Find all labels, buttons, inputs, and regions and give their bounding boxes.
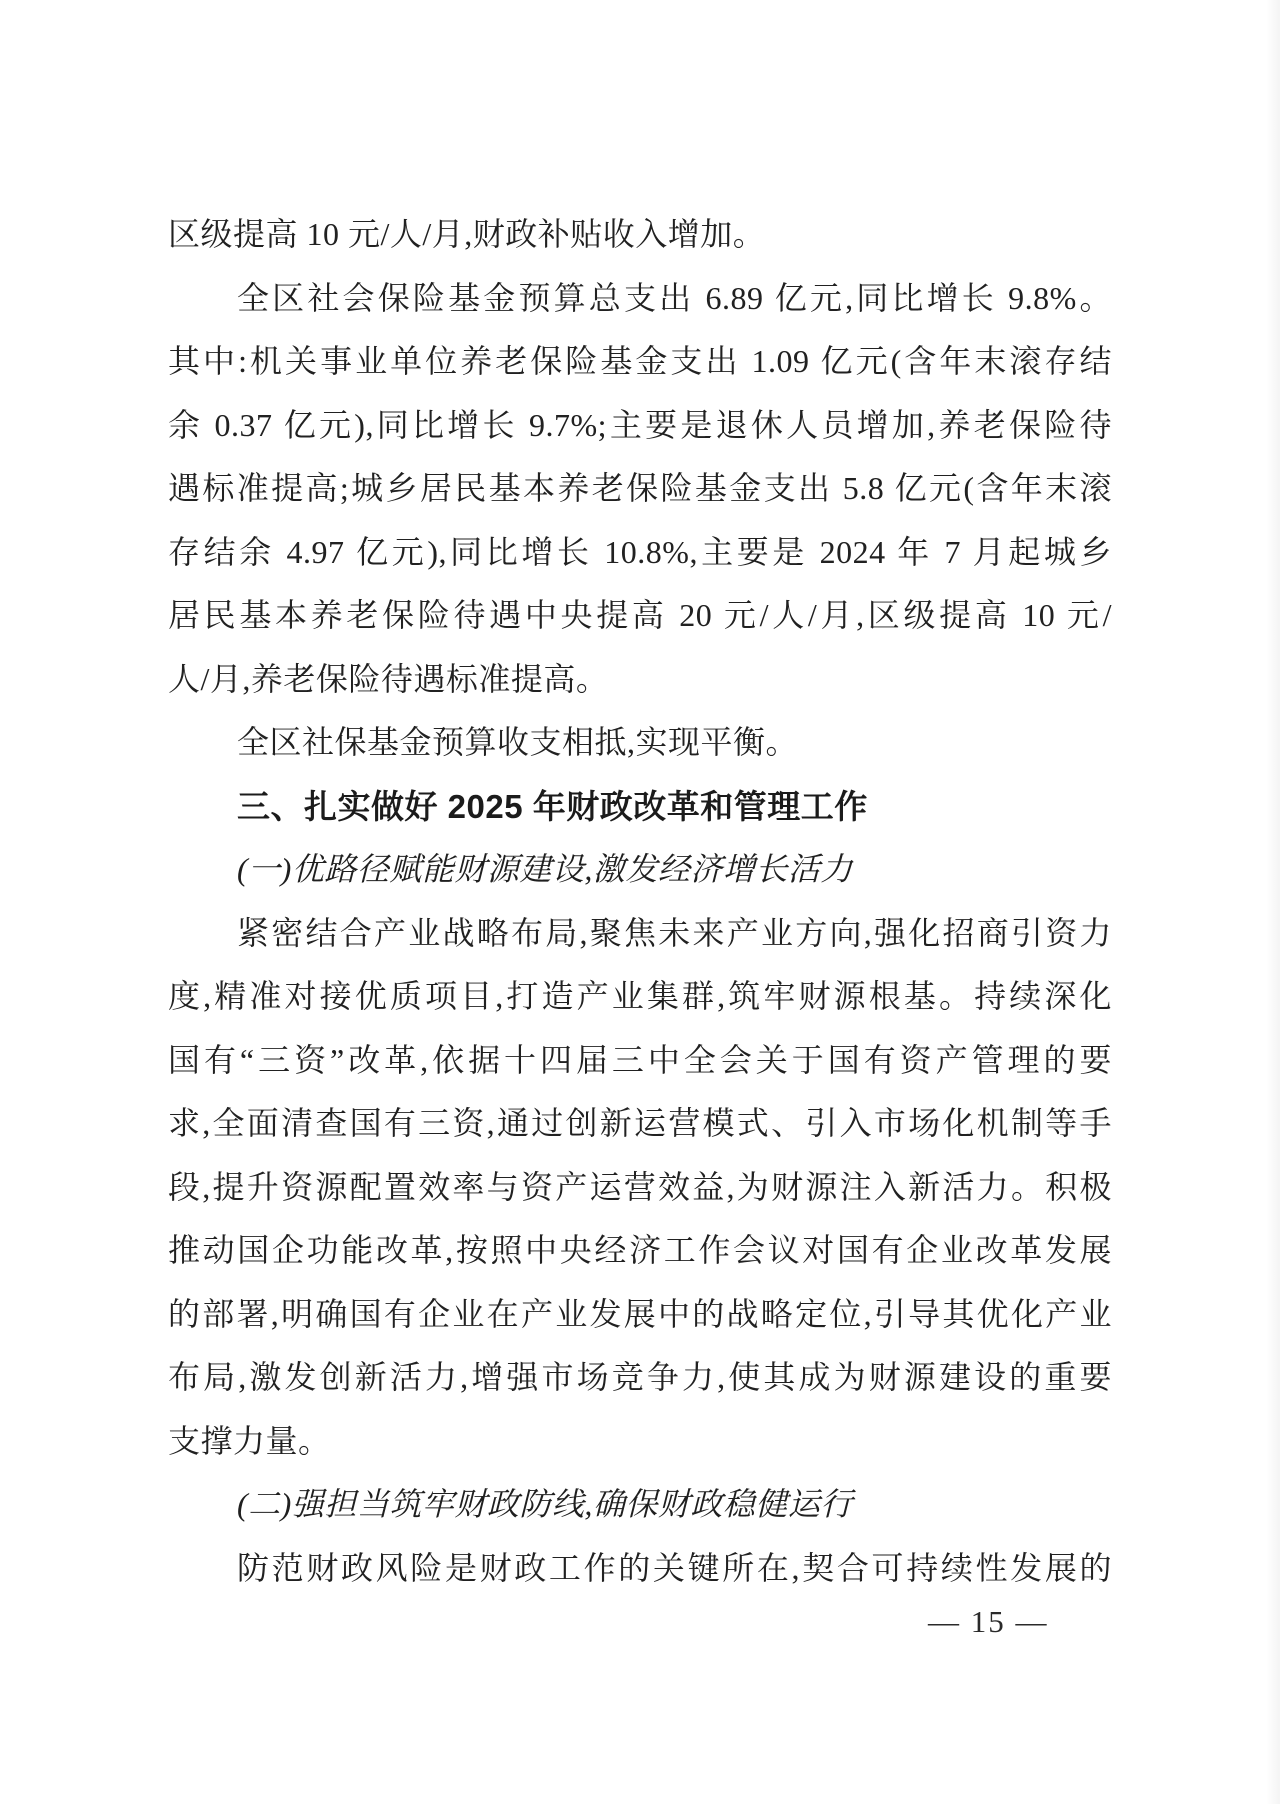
text-line: 支撑力量。 — [168, 1410, 1112, 1474]
text-line: 区级提高 10 元/人/月,财政补贴收入增加。 — [168, 203, 1112, 267]
text-line: 段,提升资源配置效率与资产运营效益,为财源注入新活力。积极 — [168, 1156, 1112, 1220]
document-page: 区级提高 10 元/人/月,财政补贴收入增加。全区社会保险基金预算总支出 6.8… — [0, 0, 1280, 1804]
page-number: — 15 — — [928, 1604, 1049, 1639]
document-body: 区级提高 10 元/人/月,财政补贴收入增加。全区社会保险基金预算总支出 6.8… — [168, 203, 1112, 1600]
text-line: 度,精准对接优质项目,打造产业集群,筑牢财源根基。持续深化 — [168, 965, 1112, 1029]
text-line: 国有“三资”改革,依据十四届三中全会关于国有资产管理的要 — [168, 1029, 1112, 1093]
text-line: 全区社会保险基金预算总支出 6.89 亿元,同比增长 9.8%。 — [168, 267, 1112, 331]
subsection-heading: (二)强担当筑牢财政防线,确保财政稳健运行 — [168, 1473, 1112, 1537]
section-heading: 三、扎实做好 2025 年财政改革和管理工作 — [168, 775, 1112, 839]
text-line: 的部署,明确国有企业在产业发展中的战略定位,引导其优化产业 — [168, 1283, 1112, 1347]
text-line: 存结余 4.97 亿元),同比增长 10.8%,主要是 2024 年 7 月起城… — [168, 521, 1112, 585]
text-line: 紧密结合产业战略布局,聚焦未来产业方向,强化招商引资力 — [168, 902, 1112, 966]
text-line: 推动国企功能改革,按照中央经济工作会议对国有企业改革发展 — [168, 1219, 1112, 1283]
subsection-heading: (一)优路径赋能财源建设,激发经济增长活力 — [168, 838, 1112, 902]
text-line: 求,全面清查国有三资,通过创新运营模式、引入市场化机制等手 — [168, 1092, 1112, 1156]
text-line: 全区社保基金预算收支相抵,实现平衡。 — [168, 711, 1112, 775]
text-line: 遇标准提高;城乡居民基本养老保险基金支出 5.8 亿元(含年末滚 — [168, 457, 1112, 521]
text-line: 防范财政风险是财政工作的关键所在,契合可持续性发展的 — [168, 1537, 1112, 1601]
scan-edge-shadow — [1266, 0, 1280, 1804]
text-line: 布局,激发创新活力,增强市场竞争力,使其成为财源建设的重要 — [168, 1346, 1112, 1410]
text-line: 居民基本养老保险待遇中央提高 20 元/人/月,区级提高 10 元/ — [168, 584, 1112, 648]
text-line: 其中:机关事业单位养老保险基金支出 1.09 亿元(含年末滚存结 — [168, 330, 1112, 394]
text-line: 余 0.37 亿元),同比增长 9.7%;主要是退休人员增加,养老保险待 — [168, 394, 1112, 458]
text-line: 人/月,养老保险待遇标准提高。 — [168, 648, 1112, 712]
page-footer: — 15 — — [928, 1601, 1049, 1643]
